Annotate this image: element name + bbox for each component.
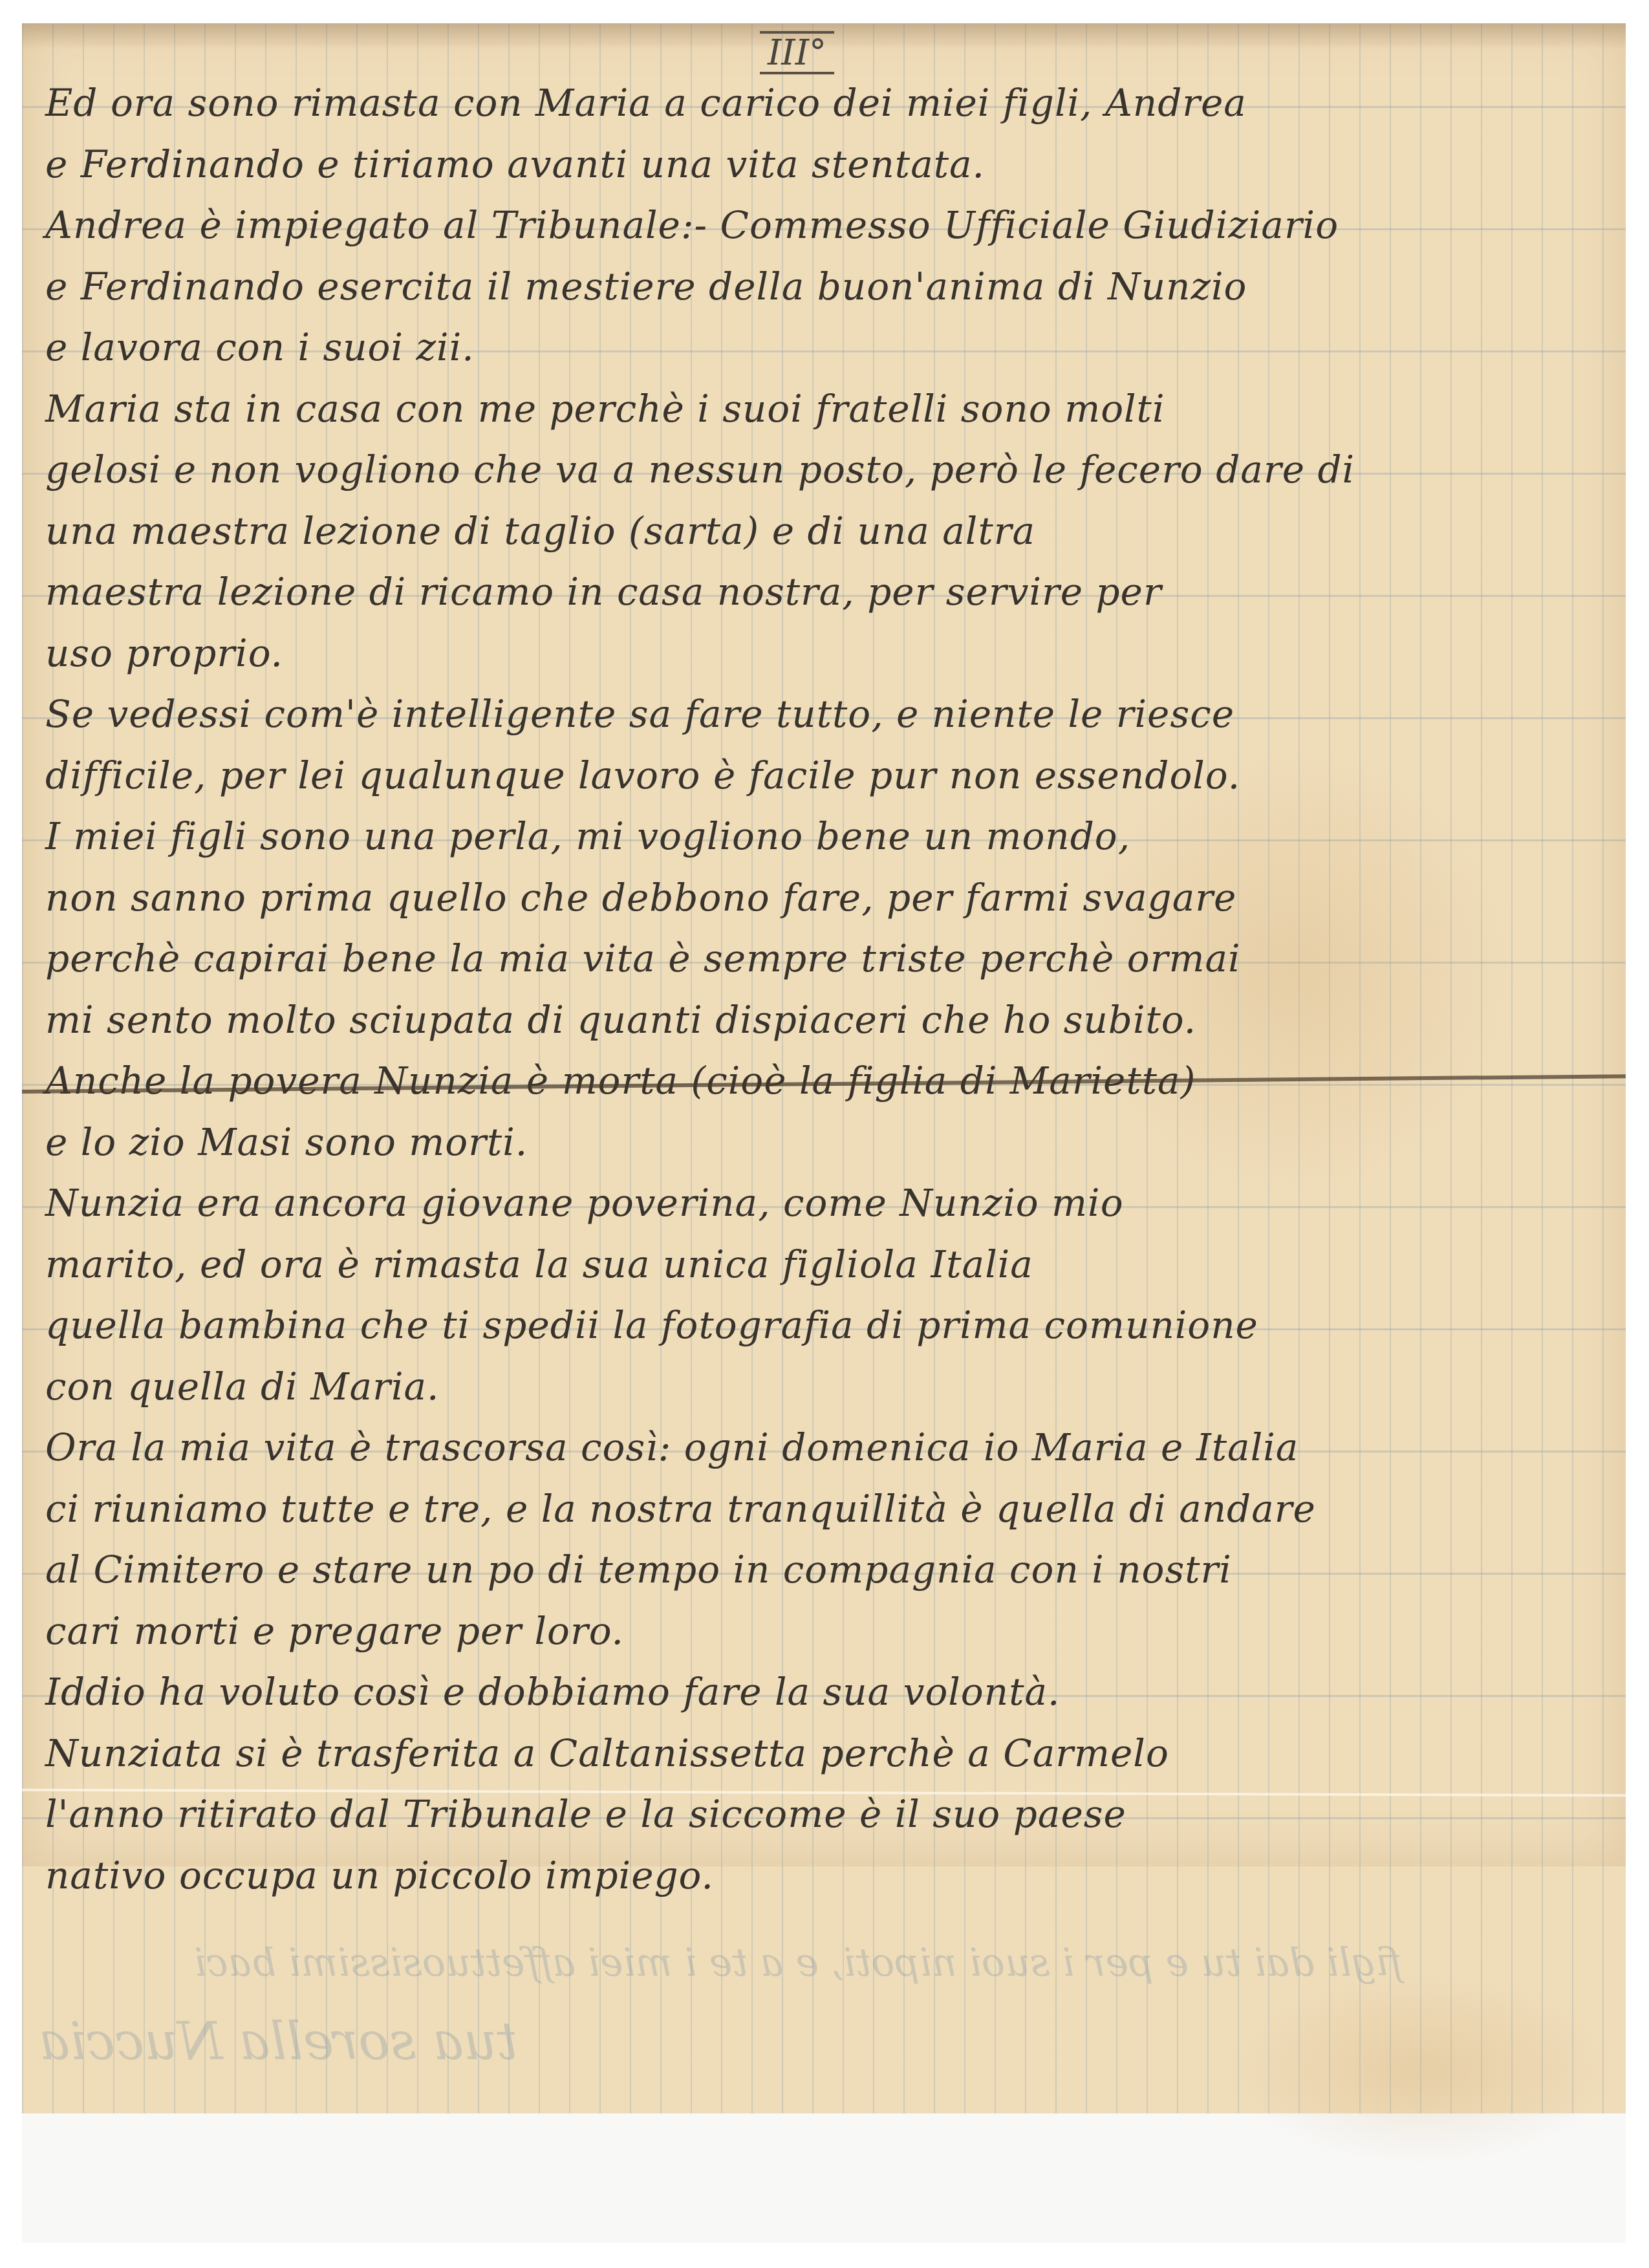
bleed-through-text: figli dai tu e per i suoi nipoti, e a te… xyxy=(194,1940,1402,1985)
letter-line: e lavora con i suoi zii. xyxy=(45,317,1610,378)
letter-line: ci riuniamo tutte e tre, e la nostra tra… xyxy=(45,1478,1610,1540)
letter-line: e Ferdinando e tiriamo avanti una vita s… xyxy=(45,134,1610,195)
letter-line: quella bambina che ti spedii la fotograf… xyxy=(45,1295,1610,1356)
letter-line: mi sento molto sciupata di quanti dispia… xyxy=(45,989,1610,1051)
letter-line: perchè capirai bene la mia vita è sempre… xyxy=(45,928,1610,989)
letter-line: al Cimitero e stare un po di tempo in co… xyxy=(45,1539,1610,1601)
letter-line: Anche la povera Nunzia è morta (cioè la … xyxy=(45,1050,1610,1112)
letter-line: gelosi e non vogliono che va a nessun po… xyxy=(45,439,1610,501)
letter-line: Ed ora sono rimasta con Maria a carico d… xyxy=(45,72,1610,134)
letter-line: difficile, per lei qualunque lavoro è fa… xyxy=(45,745,1610,806)
bleed-through-signature: tua sorella Nuccia xyxy=(39,2011,517,2071)
letter-line: I miei figli sono una perla, mi vogliono… xyxy=(45,806,1610,867)
letter-line: Iddio ha voluto così e dobbiamo fare la … xyxy=(45,1661,1610,1723)
letter-line: Nunzia era ancora giovane poverina, come… xyxy=(45,1172,1610,1234)
letter-line: maestra lezione di ricamo in casa nostra… xyxy=(45,561,1610,623)
scan-background-strip xyxy=(22,2113,1626,2243)
letter-line: Maria sta in casa con me perchè i suoi f… xyxy=(45,378,1610,440)
letter-line: non sanno prima quello che debbono fare,… xyxy=(45,867,1610,929)
letter-line: Nunziata si è trasferita a Caltanissetta… xyxy=(45,1723,1610,1784)
page-number: III° xyxy=(760,31,834,74)
letter-line: e Ferdinando esercita il mestiere della … xyxy=(45,256,1610,318)
letter-line: una maestra lezione di taglio (sarta) e … xyxy=(45,501,1610,562)
letter-line: marito, ed ora è rimasta la sua unica fi… xyxy=(45,1234,1610,1295)
letter-line: Se vedessi com'è intelligente sa fare tu… xyxy=(45,684,1610,745)
letter-line: uso proprio. xyxy=(45,623,1610,684)
letter-line: cari morti e pregare per loro. xyxy=(45,1601,1610,1662)
letter-line: nativo occupa un piccolo impiego. xyxy=(45,1845,1610,1906)
letter-line: e lo zio Masi sono morti. xyxy=(45,1112,1610,1173)
letter-line: con quella di Maria. xyxy=(45,1356,1610,1418)
letter-line: Andrea è impiegato al Tribunale:- Commes… xyxy=(45,195,1610,256)
letter-line: Ora la mia vita è trascorsa così: ogni d… xyxy=(45,1417,1610,1478)
letter-body: Ed ora sono rimasta con Maria a carico d… xyxy=(45,72,1610,1906)
